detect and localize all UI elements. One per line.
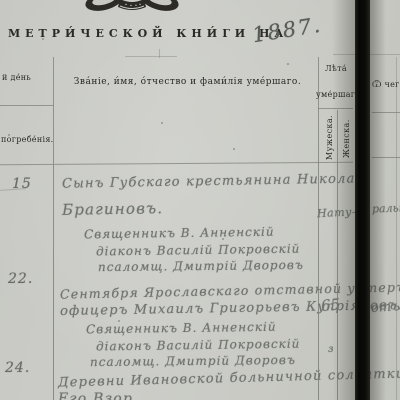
year-handwritten: 1887. xyxy=(251,13,324,48)
entry-number: 24. xyxy=(5,360,30,376)
entry-text-line: Сынъ Губскаго крестьянина Николай xyxy=(62,171,365,191)
entry-number: 22. xyxy=(8,271,33,287)
column-rule-right xyxy=(396,57,397,400)
entry-text-line: Его Взор xyxy=(58,391,133,400)
book-gutter-bar xyxy=(355,0,370,400)
clergy-signature-line: Священникъ В. Анненскій xyxy=(84,225,275,242)
column-rule-date xyxy=(53,57,54,400)
burial-subcolumn-label: погребе́нія. xyxy=(1,135,54,144)
paper-speck xyxy=(118,320,120,322)
clergy-signature-line: діаконъ Василій Покровскій xyxy=(96,337,301,354)
clergy-signature-line: псаломщ. Дмитрій Дворовъ xyxy=(98,258,304,274)
table-top-tick xyxy=(159,49,160,58)
paper-speck xyxy=(222,238,224,240)
clergy-signature-line: Священникъ В. Анненскій xyxy=(86,320,277,337)
paper-speck xyxy=(42,38,44,40)
column-rule-age xyxy=(318,57,319,400)
ornamental-seal-icon xyxy=(70,0,194,16)
clergy-signature-line: діаконъ Василій Покровскій xyxy=(96,242,301,259)
entry-text-line: Брагиновъ. xyxy=(62,199,164,219)
date-subheader-rule xyxy=(0,105,53,106)
gutter-shadow-left xyxy=(332,0,355,400)
date-column-header-fragment: й де́нь xyxy=(2,73,31,82)
table-top-rule xyxy=(125,56,177,57)
paper-speck xyxy=(161,122,163,124)
clergy-signature-line: псаломщ. Дмитрій Дворовъ xyxy=(90,353,296,369)
metrical-book-scan: МЕТРИ́ЧЕСКОЙ КНИ́ГИ НА 1887. й де́нь пог… xyxy=(0,0,400,400)
metrical-book-title: МЕТРИ́ЧЕСКОЙ КНИ́ГИ НА xyxy=(8,27,288,41)
paper-speck xyxy=(8,134,10,136)
paper-speck xyxy=(233,148,235,150)
person-column-header: Зва́ніе, и́мя, о́тчество и фами́лія уме́… xyxy=(60,77,315,87)
gutter-shadow-right xyxy=(370,0,386,400)
paper-speck xyxy=(287,63,289,65)
